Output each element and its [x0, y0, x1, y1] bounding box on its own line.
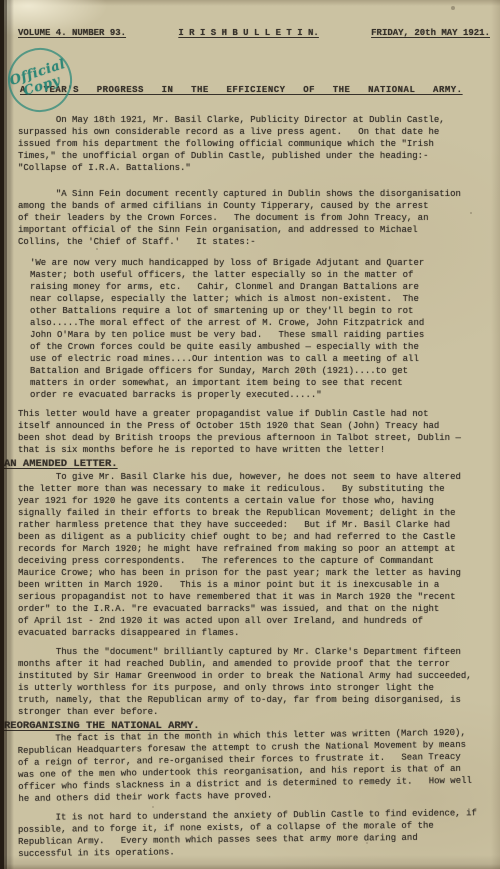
paragraph-not-hard-to-understand: It is not hard to understand the anxiety…	[18, 807, 496, 860]
paragraph-thus-the-document: Thus the "document" brilliantly captured…	[18, 646, 496, 718]
paragraph-intro: On May 18th 1921, Mr. Basil Clarke, Publ…	[18, 114, 496, 174]
section-heading-an-amended-letter: AN AMENDED LETTER.	[4, 458, 496, 470]
page-left-dark-edge	[0, 0, 14, 869]
paragraph-the-fact-is: The fact is that in the month in which t…	[17, 726, 496, 805]
paragraph-to-give-clarke-his-due: To give Mr. Basil Clarke his due, howeve…	[18, 471, 496, 639]
blockquote-captured-letter: 'We are now very much handicapped by los…	[30, 257, 496, 401]
masthead: VOLUME 4. NUMBER 93. I R I S H B U L L E…	[0, 0, 500, 39]
masthead-date: FRIDAY, 20th MAY 1921.	[371, 27, 490, 39]
scanned-document-page: VOLUME 4. NUMBER 93. I R I S H B U L L E…	[0, 0, 500, 869]
article-headline: A YEAR'S PROGRESS IN THE EFFICIENCY OF T…	[20, 84, 496, 96]
official-copy-stamp: Official Copy	[0, 40, 80, 121]
masthead-publication-name: I R I S H B U L L E T I N.	[178, 27, 318, 39]
paragraph-this-letter: This letter would have a greater propaga…	[18, 408, 496, 456]
masthead-volume-number: VOLUME 4. NUMBER 93.	[18, 27, 126, 39]
paragraph-sinn-fein-document: "A Sinn Fein document recently captured …	[18, 188, 496, 248]
